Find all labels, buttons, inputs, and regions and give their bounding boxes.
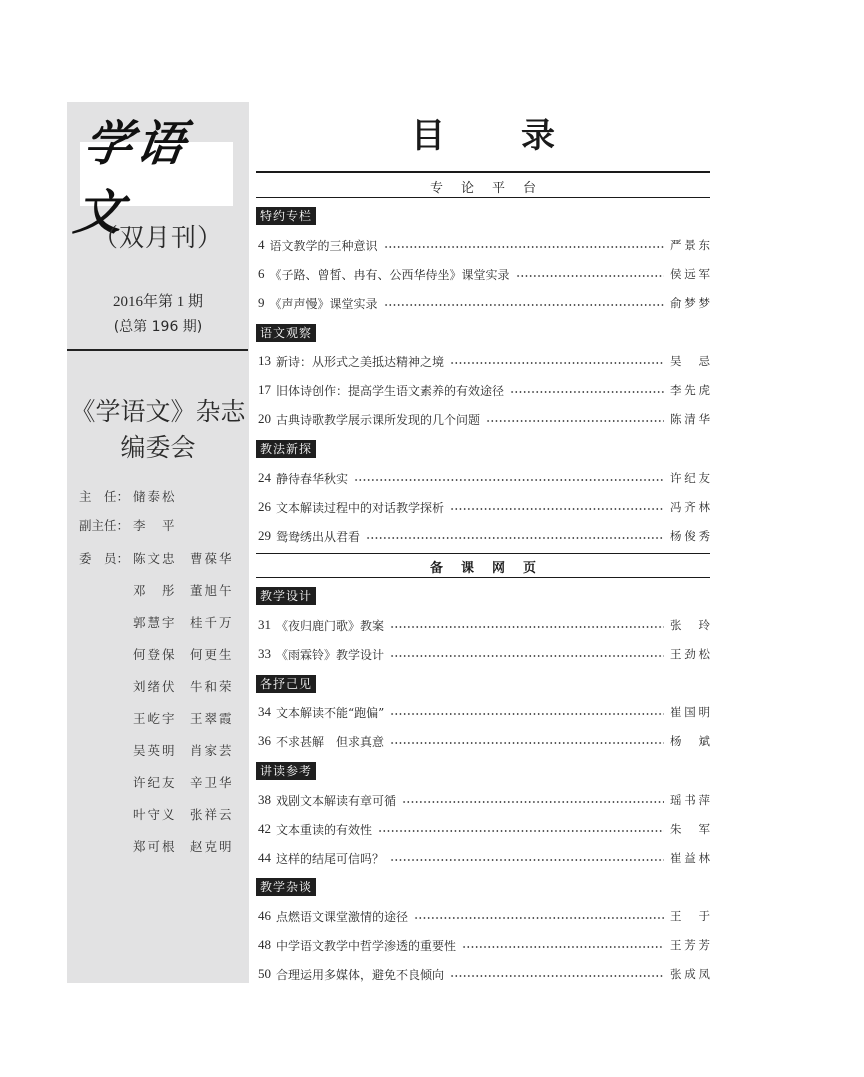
staff-name: 董旭午 xyxy=(190,581,234,599)
section-rule-top xyxy=(256,171,710,173)
toc-entry[interactable]: 33 《雨霖铃》教学设计 王劲松 xyxy=(258,645,710,663)
entry-page: 34 xyxy=(258,704,271,720)
toc-entry[interactable]: 20 古典诗歌教学展示课所发现的几个问题 陈清华 xyxy=(258,410,710,428)
entry-title: 文本重读的有效性 xyxy=(276,821,372,838)
dot-leader xyxy=(390,859,664,861)
column-label: 教法新探 xyxy=(256,440,316,458)
editorial-board-subtitle: 编委会 xyxy=(67,430,249,466)
entry-page: 46 xyxy=(258,908,271,924)
dot-leader xyxy=(450,362,664,364)
staff-name: 肖家芸 xyxy=(190,741,234,759)
toc-entry[interactable]: 48 中学语文教学中哲学渗透的重要性 王芳芳 xyxy=(258,936,710,954)
staff-name: 许纪友 xyxy=(133,773,177,791)
dot-leader xyxy=(354,479,664,481)
entry-title: 古典诗歌教学展示课所发现的几个问题 xyxy=(276,411,480,428)
staff-name: 郑可根 xyxy=(133,837,177,855)
entry-page: 29 xyxy=(258,528,271,544)
entry-page: 36 xyxy=(258,733,271,749)
toc-title: 目录 xyxy=(256,108,710,157)
entry-author: 王芳芳 xyxy=(670,937,710,953)
entry-author: 瑶书萍 xyxy=(670,792,710,808)
column-label: 特约专栏 xyxy=(256,207,316,225)
column-label: 教学设计 xyxy=(256,587,316,605)
toc-entry[interactable]: 9 《声声慢》课堂实录 俞梦梦 xyxy=(258,294,710,312)
toc-entry[interactable]: 50 合理运用多媒体，避免不良倾向 张成凤 xyxy=(258,965,710,983)
entry-page: 42 xyxy=(258,821,271,837)
toc-entry[interactable]: 31 《夜归鹿门歌》教案 张 玲 xyxy=(258,616,710,634)
entry-title: 鸳鸯绣出从君看 xyxy=(276,528,360,545)
staff-name: 刘绪伏 xyxy=(133,677,177,695)
entry-page: 9 xyxy=(258,295,265,311)
entry-title: 静待春华秋实 xyxy=(276,470,348,487)
dot-leader xyxy=(516,275,664,277)
dot-leader xyxy=(366,537,664,539)
staff-name: 郭慧宇 xyxy=(133,613,177,631)
staff-name: 李 平 xyxy=(133,516,177,534)
toc-entry[interactable]: 34 文本解读不能“跑偏” 崔国明 xyxy=(258,703,710,721)
toc-entry[interactable]: 17 旧体诗创作：提高学生语文素养的有效途径 李先虎 xyxy=(258,381,710,399)
entry-title: 《雨霖铃》教学设计 xyxy=(276,646,384,663)
dot-leader xyxy=(450,508,664,510)
staff-name: 储泰松 xyxy=(133,487,177,505)
staff-name: 桂千万 xyxy=(190,613,234,631)
section-heading: 专论平台 xyxy=(256,177,710,196)
dot-leader xyxy=(462,946,664,948)
column-label: 教学杂谈 xyxy=(256,878,316,896)
entry-author: 俞梦梦 xyxy=(670,295,710,311)
entry-page: 17 xyxy=(258,382,271,398)
staff-name: 王屹宇 xyxy=(133,709,177,727)
dot-leader xyxy=(390,655,664,657)
entry-page: 6 xyxy=(258,266,265,282)
entry-title: 文本解读不能“跑偏” xyxy=(276,704,384,721)
entry-page: 50 xyxy=(258,966,271,982)
dot-leader xyxy=(510,391,664,393)
toc-entry[interactable]: 42 文本重读的有效性 朱 军 xyxy=(258,820,710,838)
entry-author: 朱 军 xyxy=(670,821,710,837)
staff-name: 陈文忠 xyxy=(133,549,177,567)
dot-leader xyxy=(384,304,664,306)
entry-author: 杨俊秀 xyxy=(670,528,710,544)
toc-entry[interactable]: 46 点燃语文课堂激情的途径 王 于 xyxy=(258,907,710,925)
entry-title: 《声声慢》课堂实录 xyxy=(270,295,378,312)
entry-author: 严景东 xyxy=(670,237,710,253)
dot-leader xyxy=(402,801,664,803)
entry-title: 点燃语文课堂激情的途径 xyxy=(276,908,408,925)
staff-name: 叶守义 xyxy=(133,805,177,823)
entry-title: 语文教学的三种意识 xyxy=(270,237,378,254)
entry-title: 合理运用多媒体，避免不良倾向 xyxy=(276,966,444,983)
entry-page: 38 xyxy=(258,792,271,808)
toc-entry[interactable]: 26 文本解读过程中的对话教学探析 冯齐林 xyxy=(258,498,710,516)
toc-entry[interactable]: 4 语文教学的三种意识 严景东 xyxy=(258,236,710,254)
dot-leader xyxy=(486,420,664,422)
entry-title: 旧体诗创作：提高学生语文素养的有效途径 xyxy=(276,382,504,399)
staff-name: 王翠霞 xyxy=(190,709,234,727)
entry-author: 张 玲 xyxy=(670,617,710,633)
issue-number: 2016年第 1 期 xyxy=(67,290,249,311)
staff-name: 牛和荣 xyxy=(190,677,234,695)
staff-name: 何登保 xyxy=(133,645,177,663)
dot-leader xyxy=(450,975,664,977)
publication-frequency: （双月刊） xyxy=(67,218,249,254)
entry-page: 26 xyxy=(258,499,271,515)
dot-leader xyxy=(390,626,664,628)
entry-author: 陈清华 xyxy=(670,411,710,427)
staff-role: 委 员： xyxy=(79,549,133,567)
entry-page: 31 xyxy=(258,617,271,633)
dot-leader xyxy=(378,830,664,832)
entry-page: 20 xyxy=(258,411,271,427)
entry-author: 李先虎 xyxy=(670,382,710,398)
entry-author: 王劲松 xyxy=(670,646,710,662)
magazine-logo: 学语文 xyxy=(80,142,233,206)
staff-name: 赵克明 xyxy=(190,837,234,855)
entry-title: 新诗：从形式之美抵达精神之境 xyxy=(276,353,444,370)
toc-entry[interactable]: 13 新诗：从形式之美抵达精神之境 吴 忌 xyxy=(258,352,710,370)
toc-entry[interactable]: 44 这样的结尾可信吗？ 崔益林 xyxy=(258,849,710,867)
entry-title: 不求甚解 但求真意 xyxy=(276,733,384,750)
entry-page: 44 xyxy=(258,850,271,866)
dot-leader xyxy=(384,246,664,248)
staff-role: 副主任： xyxy=(79,516,133,534)
entry-author: 许纪友 xyxy=(670,470,710,486)
entry-page: 24 xyxy=(258,470,271,486)
cumulative-issue-number: (总第 196 期) xyxy=(67,316,249,336)
toc-entry[interactable]: 29 鸳鸯绣出从君看 杨俊秀 xyxy=(258,527,710,545)
entry-page: 48 xyxy=(258,937,271,953)
section-rule-bottom xyxy=(256,197,710,198)
toc-entry[interactable]: 6 《子路、曾皙、冉有、公西华侍坐》课堂实录 侯远军 xyxy=(258,265,710,283)
dot-leader xyxy=(414,917,664,919)
dot-leader xyxy=(390,713,664,715)
section-heading: 备课网页 xyxy=(256,557,710,576)
staff-name: 邓 彤 xyxy=(133,581,177,599)
column-label: 讲读参考 xyxy=(256,762,316,780)
entry-title: 文本解读过程中的对话教学探析 xyxy=(276,499,444,516)
section-rule-top xyxy=(256,553,710,554)
entry-author: 崔国明 xyxy=(670,704,710,720)
entry-author: 侯远军 xyxy=(670,266,710,282)
toc-title-char: 录 xyxy=(521,108,555,157)
toc-entry[interactable]: 24 静待春华秋实 许纪友 xyxy=(258,469,710,487)
toc-entry[interactable]: 36 不求甚解 但求真意 杨 斌 xyxy=(258,732,710,750)
staff-name: 吴英明 xyxy=(133,741,177,759)
entry-title: 中学语文教学中哲学渗透的重要性 xyxy=(276,937,456,954)
toc-title-char: 目 xyxy=(411,108,445,157)
column-label: 语文观察 xyxy=(256,324,316,342)
entry-page: 13 xyxy=(258,353,271,369)
entry-author: 王 于 xyxy=(670,908,710,924)
staff-role: 主 任： xyxy=(79,487,133,505)
entry-author: 吴 忌 xyxy=(670,353,710,369)
entry-page: 33 xyxy=(258,646,271,662)
entry-author: 冯齐林 xyxy=(670,499,710,515)
section-rule-bottom xyxy=(256,577,710,578)
entry-title: 《子路、曾皙、冉有、公西华侍坐》课堂实录 xyxy=(270,266,510,283)
entry-title: 《夜归鹿门歌》教案 xyxy=(276,617,384,634)
sidebar-divider xyxy=(67,349,248,351)
toc-entry[interactable]: 38 戏剧文本解读有章可循 瑶书萍 xyxy=(258,791,710,809)
entry-title: 戏剧文本解读有章可循 xyxy=(276,792,396,809)
staff-name: 曹葆华 xyxy=(190,549,234,567)
masthead-sidebar: 学语文 （双月刊） 2016年第 1 期 (总第 196 期) 《学语文》杂志 … xyxy=(67,102,249,983)
entry-author: 杨 斌 xyxy=(670,733,710,749)
entry-author: 崔益林 xyxy=(670,850,710,866)
entry-title: 这样的结尾可信吗？ xyxy=(276,850,384,867)
staff-name: 张祥云 xyxy=(190,805,234,823)
staff-name: 辛卫华 xyxy=(190,773,234,791)
entry-page: 4 xyxy=(258,237,265,253)
column-label: 各抒己见 xyxy=(256,675,316,693)
dot-leader xyxy=(390,742,664,744)
editorial-board-title: 《学语文》杂志 xyxy=(67,394,249,430)
staff-name: 何更生 xyxy=(190,645,234,663)
entry-author: 张成凤 xyxy=(670,966,710,982)
